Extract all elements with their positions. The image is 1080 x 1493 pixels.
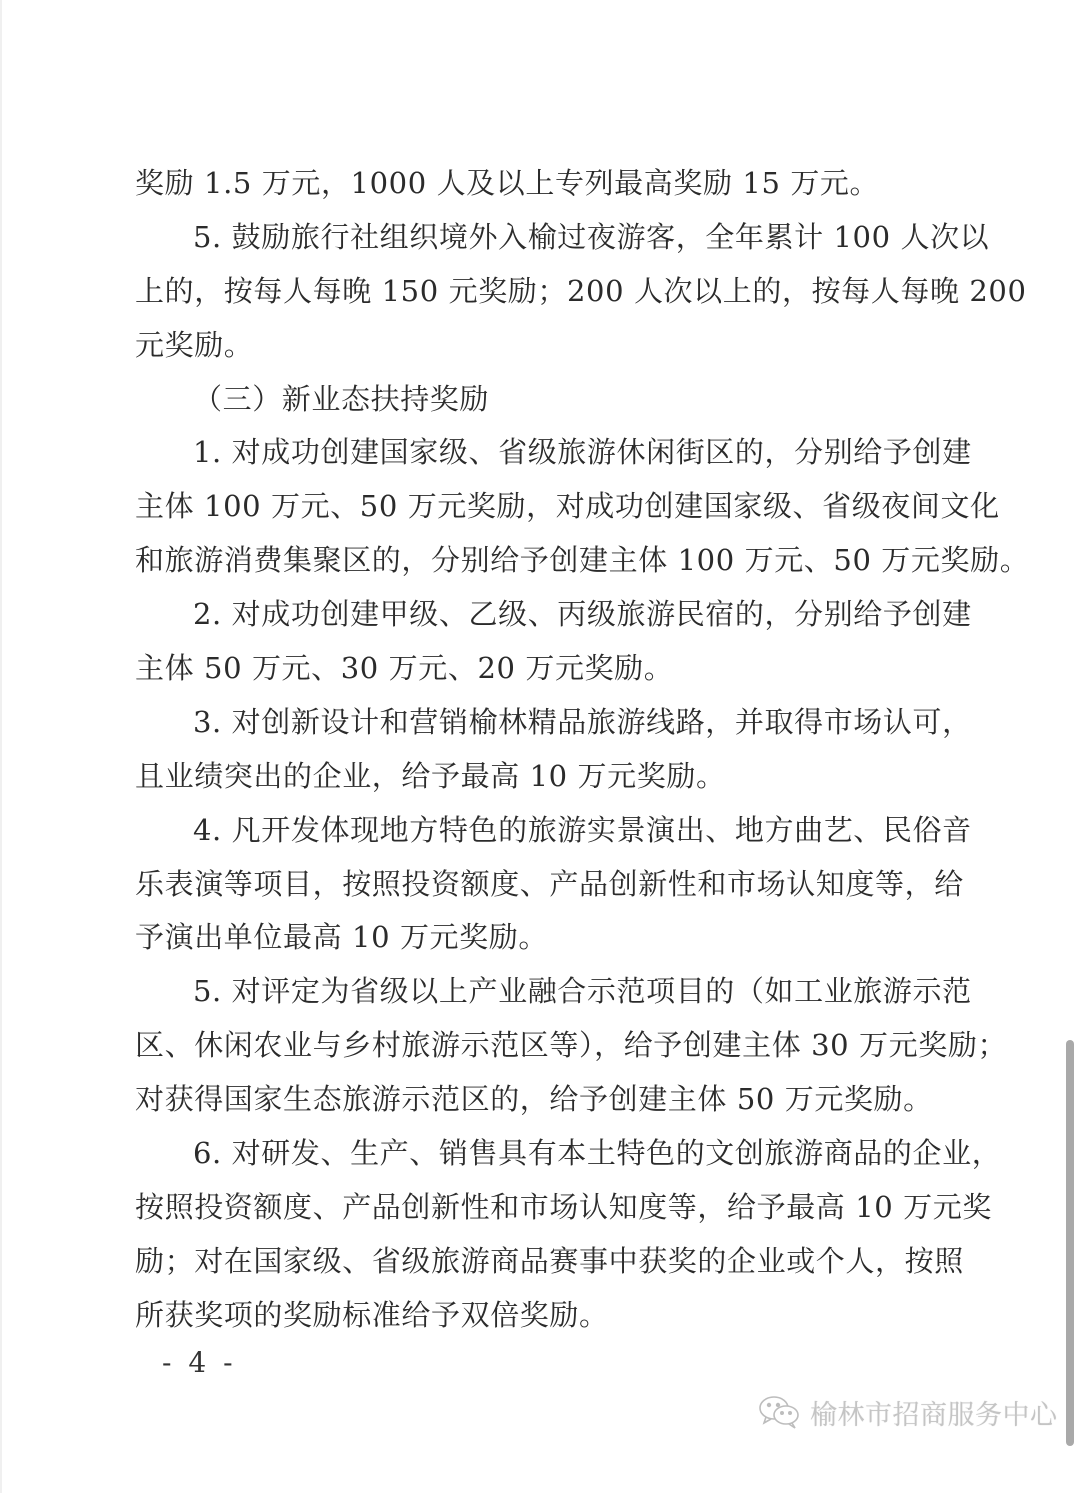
text-line: 上的，按每人每晚 150 元奖励；200 人次以上的，按每人每晚 200	[135, 265, 950, 319]
text-line: 5. 鼓励旅行社组织境外入榆过夜游客，全年累计 100 人次以	[135, 211, 950, 265]
text-line: 且业绩突出的企业，给予最高 10 万元奖励。	[135, 750, 950, 804]
text-line: 奖励 1.5 万元，1000 人及以上专列最高奖励 15 万元。	[135, 157, 950, 211]
text-line: 主体 100 万元、50 万元奖励，对成功创建国家级、省级夜间文化	[135, 480, 950, 534]
page-number: - 4 -	[162, 1346, 237, 1379]
text-line: 2. 对成功创建甲级、乙级、丙级旅游民宿的，分别给予创建	[135, 588, 950, 642]
text-line: 4. 凡开发体现地方特色的旅游实景演出、地方曲艺、民俗音	[135, 804, 950, 858]
document-body: 奖励 1.5 万元，1000 人及以上专列最高奖励 15 万元。 5. 鼓励旅行…	[135, 157, 950, 1343]
text-line: 1. 对成功创建国家级、省级旅游休闲街区的，分别给予创建	[135, 426, 950, 480]
section-heading: （三）新业态扶持奖励	[135, 373, 950, 427]
text-line: 主体 50 万元、30 万元、20 万元奖励。	[135, 642, 950, 696]
text-line: 和旅游消费集聚区的，分别给予创建主体 100 万元、50 万元奖励。	[135, 534, 950, 588]
text-line: 所获奖项的奖励标准给予双倍奖励。	[135, 1289, 950, 1343]
text-line: 励；对在国家级、省级旅游商品赛事中获奖的企业或个人，按照	[135, 1235, 950, 1289]
text-line: 6. 对研发、生产、销售具有本土特色的文创旅游商品的企业，	[135, 1127, 950, 1181]
text-line: 元奖励。	[135, 319, 950, 373]
text-line: 区、休闲农业与乡村旅游示范区等），给予创建主体 30 万元奖励；	[135, 1019, 950, 1073]
text-line: 3. 对创新设计和营销榆林精品旅游线路，并取得市场认可，	[135, 696, 950, 750]
text-line: 按照投资额度、产品创新性和市场认知度等，给予最高 10 万元奖	[135, 1181, 950, 1235]
watermark-text: 榆林市招商服务中心	[810, 1393, 1058, 1432]
watermark: 榆林市招商服务中心	[758, 1390, 1058, 1434]
text-line: 予演出单位最高 10 万元奖励。	[135, 911, 950, 965]
text-line: 乐表演等项目，按照投资额度、产品创新性和市场认知度等，给	[135, 858, 950, 912]
wechat-icon	[758, 1393, 802, 1431]
scrollbar-thumb[interactable]	[1066, 1040, 1074, 1446]
text-line: 5. 对评定为省级以上产业融合示范项目的（如工业旅游示范	[135, 965, 950, 1019]
text-line: 对获得国家生态旅游示范区的，给予创建主体 50 万元奖励。	[135, 1073, 950, 1127]
document-page: 奖励 1.5 万元，1000 人及以上专列最高奖励 15 万元。 5. 鼓励旅行…	[0, 0, 1080, 1493]
